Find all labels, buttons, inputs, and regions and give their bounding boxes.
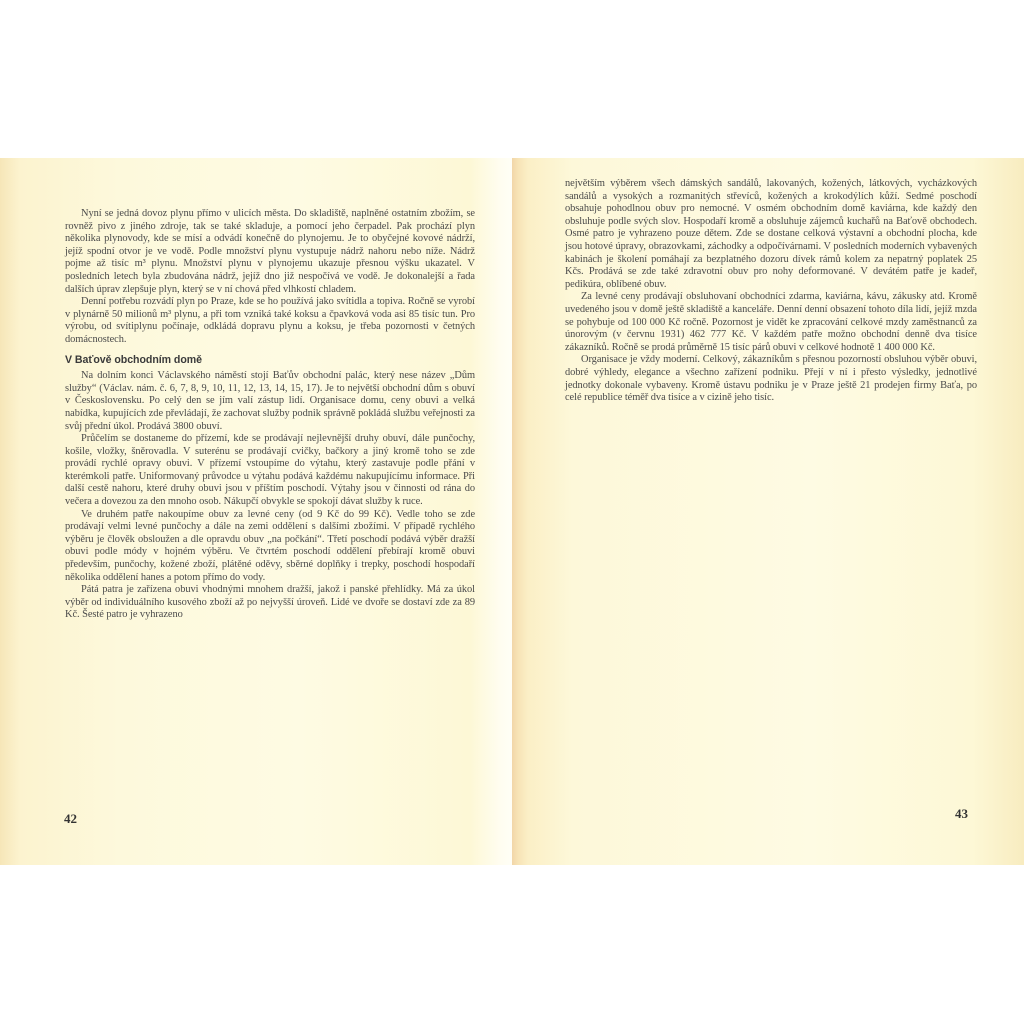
section-heading: V Baťově obchodním domě <box>65 354 475 367</box>
left-page-text: Nyní se jedná dovoz plynu přímo v ulicíc… <box>65 208 475 622</box>
paragraph: Za levné ceny prodávají obsluhovaní obch… <box>565 291 977 354</box>
paragraph: Na dolním konci Václavského náměstí stoj… <box>65 370 475 433</box>
paragraph: Denní potřebu rozvádí plyn po Praze, kde… <box>65 296 475 346</box>
paragraph: Organisace je vždy moderní. Celkový, zák… <box>565 354 977 404</box>
left-page: Nyní se jedná dovoz plynu přímo v ulicíc… <box>0 158 512 865</box>
paragraph: Ve druhém patře nakoupíme obuv za levné … <box>65 509 475 585</box>
right-page-text: největším výběrem všech dámských sandálů… <box>565 178 977 405</box>
page-number-right: 43 <box>955 806 968 822</box>
page-number-left: 42 <box>64 811 77 827</box>
paragraph: Pátá patra je zařízena obuvi vhodnými mn… <box>65 584 475 622</box>
paragraph: Nyní se jedná dovoz plynu přímo v ulicíc… <box>65 208 475 296</box>
right-page: největším výběrem všech dámských sandálů… <box>512 158 1024 865</box>
book-spread: Nyní se jedná dovoz plynu přímo v ulicíc… <box>0 158 1024 865</box>
paragraph: Průčelím se dostaneme do přízemí, kde se… <box>65 433 475 509</box>
paragraph: největším výběrem všech dámských sandálů… <box>565 178 977 291</box>
